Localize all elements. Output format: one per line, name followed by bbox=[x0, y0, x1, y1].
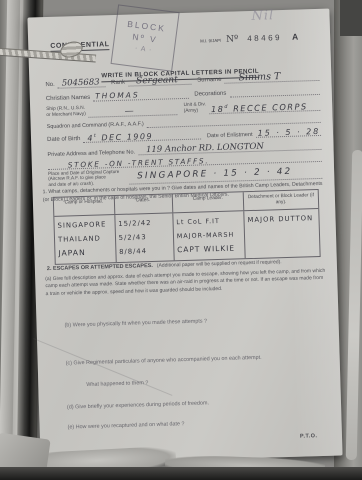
capture-label: Place and Date of Original Capture (Airc… bbox=[48, 168, 126, 187]
camp-entry: JAPAN bbox=[58, 246, 112, 262]
address-value-line1: 119 Anchor RD. LONGTON bbox=[146, 142, 264, 155]
capture-label-line3: and date of a/c crash). bbox=[48, 180, 94, 186]
col-header-dates: Dates. bbox=[114, 194, 173, 214]
col-header-leader: Camp Leader. bbox=[173, 192, 245, 213]
leader-entry: CAPT WILKIE bbox=[177, 242, 242, 258]
col-header-block-leader: Detachment or Block Leader (if any). bbox=[244, 190, 318, 211]
enlistment-label: Date of Enlistment bbox=[207, 132, 253, 139]
unit-div-field: 18d RECCE CORPS bbox=[209, 100, 320, 113]
background-corner-shadow bbox=[340, 0, 362, 36]
rank-field: Sergeant bbox=[128, 75, 191, 87]
christian-names-value: THOMAS bbox=[95, 90, 140, 100]
form-reference-number: M.I. 9/JAP/ Nº 48469 A bbox=[200, 32, 298, 46]
ship-field: — bbox=[89, 105, 178, 118]
decorations-label: Decorations bbox=[194, 91, 226, 99]
dates-column: 15/2/42 5/2/43 8/8/44 bbox=[115, 214, 174, 263]
service-number-field: 5045683 bbox=[58, 77, 106, 88]
date-of-birth-value: 4t DEC 1909 bbox=[87, 132, 153, 143]
nil-pencil-note: Nil bbox=[251, 8, 274, 24]
address-label: Private Address and Telephone No. bbox=[47, 149, 135, 158]
date-of-birth-label: Date of Birth bbox=[47, 136, 81, 144]
questionnaire-form-page: CONFIDENTIAL BLOCK Nº V · A · M.I. 9/JAP… bbox=[27, 9, 342, 465]
ship-label: Ship (R.N., U.S.N. or Merchant Navy) bbox=[46, 106, 86, 119]
camps-table: Camp or Hospital. Dates. Camp Leader. De… bbox=[53, 189, 321, 265]
question-2a-text: (a) Give full description and approx. da… bbox=[45, 268, 328, 298]
christian-names-field: THOMAS bbox=[93, 89, 188, 102]
surname-value: Simms T bbox=[238, 71, 280, 83]
date-entry: 8/8/44 bbox=[119, 244, 170, 260]
pto-marking: P.T.O. bbox=[300, 433, 318, 440]
numero-sign: Nº bbox=[226, 34, 238, 44]
ship-value: — bbox=[125, 106, 134, 116]
question-2c-followup-text: What happened to them ? bbox=[86, 380, 148, 390]
stamp-line-3: · A · bbox=[134, 44, 153, 56]
camp-column: SINGAPORE THAILAND JAPAN bbox=[54, 216, 116, 265]
question-2b-text: (b) Were you physically fit when you mad… bbox=[65, 318, 208, 330]
question-2d-text: (d) Give briefly your experiences during… bbox=[67, 400, 209, 412]
col-header-camp: Camp or Hospital. bbox=[54, 196, 115, 216]
unit-label-line1: Unit & Div. bbox=[183, 102, 205, 108]
block-leader-entry: MAJOR DUTTON bbox=[247, 212, 315, 228]
dob-value-text: DEC 1909 bbox=[97, 132, 153, 143]
unit-value-text: RECCE CORPS bbox=[229, 101, 308, 113]
series-letter: A bbox=[292, 32, 298, 42]
question-2c-text: (c) Give Regimental particulars of anyon… bbox=[66, 355, 262, 369]
block-leader-column: MAJOR DUTTON bbox=[244, 210, 319, 259]
christian-names-label: Christian Names bbox=[46, 95, 91, 103]
serial-number: 48469 bbox=[247, 33, 282, 43]
capture-value: SINGAPORE · 15 · 2 · 42 bbox=[137, 167, 292, 182]
surname-field: Simms T bbox=[224, 71, 319, 84]
unit-value-number: 18 bbox=[211, 103, 225, 113]
rank-value: Sergeant bbox=[136, 75, 178, 86]
squadron-label: Squadron and Command (R.A.F., A.A.F.) bbox=[47, 122, 144, 131]
service-number-label: No. bbox=[45, 82, 55, 89]
camps-table-body: SINGAPORE THAILAND JAPAN 15/2/42 5/2/43 … bbox=[54, 210, 319, 265]
document-photo: CONFIDENTIAL BLOCK Nº V · A · M.I. 9/JAP… bbox=[0, 0, 362, 480]
unit-div-value: 18d RECCE CORPS bbox=[211, 101, 308, 114]
surname-label: Surname bbox=[197, 77, 222, 84]
date-of-birth-field: 4t DEC 1909 bbox=[83, 129, 201, 142]
decorations-field bbox=[229, 85, 320, 98]
unit-div-label: Unit & Div. (Army) bbox=[183, 102, 206, 114]
service-number-value: 5045683 bbox=[62, 77, 100, 88]
enlistment-value: 15 · 5 · 28 bbox=[258, 127, 321, 138]
date-entry: 5/2/43 bbox=[119, 230, 170, 246]
question-2e-text: (e) How were you recaptured and on what … bbox=[68, 421, 185, 432]
ship-label-line2: or Merchant Navy) bbox=[46, 112, 86, 118]
rank-label: Rank bbox=[111, 80, 125, 87]
enlistment-field: 15 · 5 · 28 bbox=[255, 126, 321, 138]
unit-label-line2: (Army) bbox=[184, 108, 199, 113]
photo-bottom-shadow bbox=[0, 467, 362, 480]
leader-column: Lt CoL F.IT MAJOR-MARSH CAPT WILKIE bbox=[173, 212, 246, 261]
date-entry: 15/2/42 bbox=[118, 216, 169, 232]
ref-prefix-label: M.I. 9/JAP/ bbox=[200, 38, 221, 44]
